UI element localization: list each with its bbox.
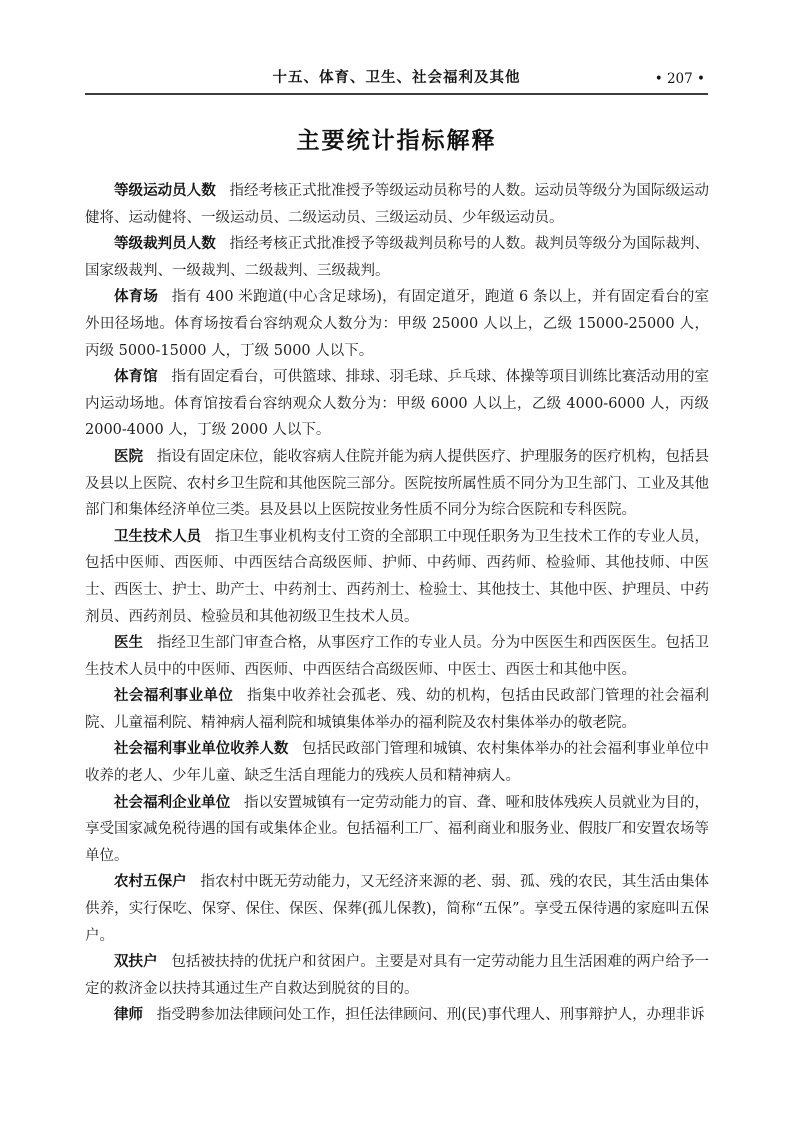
entry-paragraph: 体育场指有 400 米跑道(中心含足球场)，有固定道牙，跑道 6 条以上，并有固… xyxy=(85,284,709,364)
entry-definition: 指有固定看台，可供篮球、排球、羽毛球、乒乓球、体操等项目训练比赛活动用的室内运动… xyxy=(85,369,709,438)
entry-definition: 指受聘参加法律顾问处工作，担任法律顾问、刑(民)事代理人、刑事辩护人，办理非诉 xyxy=(157,1007,705,1023)
entry-paragraph: 等级裁判员人数指经考核正式批准授予等级裁判员称号的人数。裁判员等级分为国际裁判、… xyxy=(85,231,709,284)
entry-paragraph: 医生指经卫生部门审查合格，从事医疗工作的专业人员。分为中医医生和西医医生。包括卫… xyxy=(85,630,709,683)
entry-paragraph: 社会福利企业单位指以安置城镇有一定劳动能力的盲、聋、哑和肢体残疾人员就业为目的，… xyxy=(85,790,709,870)
entry-term: 双扶户 xyxy=(114,954,158,970)
entry-paragraph: 体育馆指有固定看台，可供篮球、排球、羽毛球、乒乓球、体操等项目训练比赛活动用的室… xyxy=(85,364,709,444)
entry-paragraph: 双扶户包括被扶持的优抚户和贫困户。主要是对具有一定劳动能力且生活困难的两户给予一… xyxy=(85,949,709,1002)
entry-term: 社会福利事业单位 xyxy=(114,688,233,704)
entry-term: 医生 xyxy=(114,635,143,651)
entry-term: 农村五保户 xyxy=(114,874,187,890)
page-header: 十五、体育、卫生、社会福利及其他 • 207 • xyxy=(85,0,708,95)
entry-term: 律师 xyxy=(114,1007,143,1023)
entry-paragraph: 律师指受聘参加法律顾问处工作，担任法律顾问、刑(民)事代理人、刑事辩护人，办理非… xyxy=(85,1002,709,1029)
entry-paragraph: 卫生技术人员指卫生事业机构支付工资的全部职工中现任职务为卫生技术工作的专业人员，… xyxy=(85,524,709,630)
entry-paragraph: 社会福利事业单位收养人数包括民政部门管理和城镇、农村集体举办的社会福利事业单位中… xyxy=(85,736,709,789)
entry-term: 社会福利事业单位收养人数 xyxy=(114,741,288,757)
entry-paragraph: 医院指设有固定床位，能收容病人住院并能为病人提供医疗、护理服务的医疗机构，包括县… xyxy=(85,444,709,524)
entry-term: 医院 xyxy=(114,449,143,465)
entry-term: 卫生技术人员 xyxy=(114,529,201,545)
entry-definition: 指设有固定床位，能收容病人住院并能为病人提供医疗、护理服务的医疗机构，包括县及县… xyxy=(85,449,709,518)
entry-term: 体育场 xyxy=(114,289,158,305)
entry-definition: 指有 400 米跑道(中心含足球场)，有固定道牙，跑道 6 条以上，并有固定看台… xyxy=(85,289,709,358)
entry-term: 社会福利企业单位 xyxy=(114,795,230,811)
entry-term: 等级裁判员人数 xyxy=(114,236,216,252)
entry-definition: 指经卫生部门审查合格，从事医疗工作的专业人员。分为中医医生和西医医生。包括卫生技… xyxy=(85,635,709,678)
document-page: 十五、体育、卫生、社会福利及其他 • 207 • 主要统计指标解释 等级运动员人… xyxy=(0,0,793,1122)
page-number: • 207 • xyxy=(655,71,705,87)
entry-term: 体育馆 xyxy=(114,369,158,385)
page-title: 主要统计指标解释 xyxy=(0,122,793,155)
entry-definition: 包括被扶持的优抚户和贫困户。主要是对具有一定劳动能力且生活困难的两户给予一定的救… xyxy=(85,954,709,997)
entry-paragraph: 农村五保户指农村中既无劳动能力，又无经济来源的老、弱、孤、残的农民，其生活由集体… xyxy=(85,869,709,949)
chapter-title: 十五、体育、卫生、社会福利及其他 xyxy=(273,70,521,86)
entry-paragraph: 等级运动员人数指经考核正式批准授予等级运动员称号的人数。运动员等级分为国际级运动… xyxy=(85,178,709,231)
entry-paragraph: 社会福利事业单位指集中收养社会孤老、残、幼的机构，包括由民政部门管理的社会福利院… xyxy=(85,683,709,736)
entries-list: 等级运动员人数指经考核正式批准授予等级运动员称号的人数。运动员等级分为国际级运动… xyxy=(85,178,709,1029)
entry-term: 等级运动员人数 xyxy=(114,183,216,199)
